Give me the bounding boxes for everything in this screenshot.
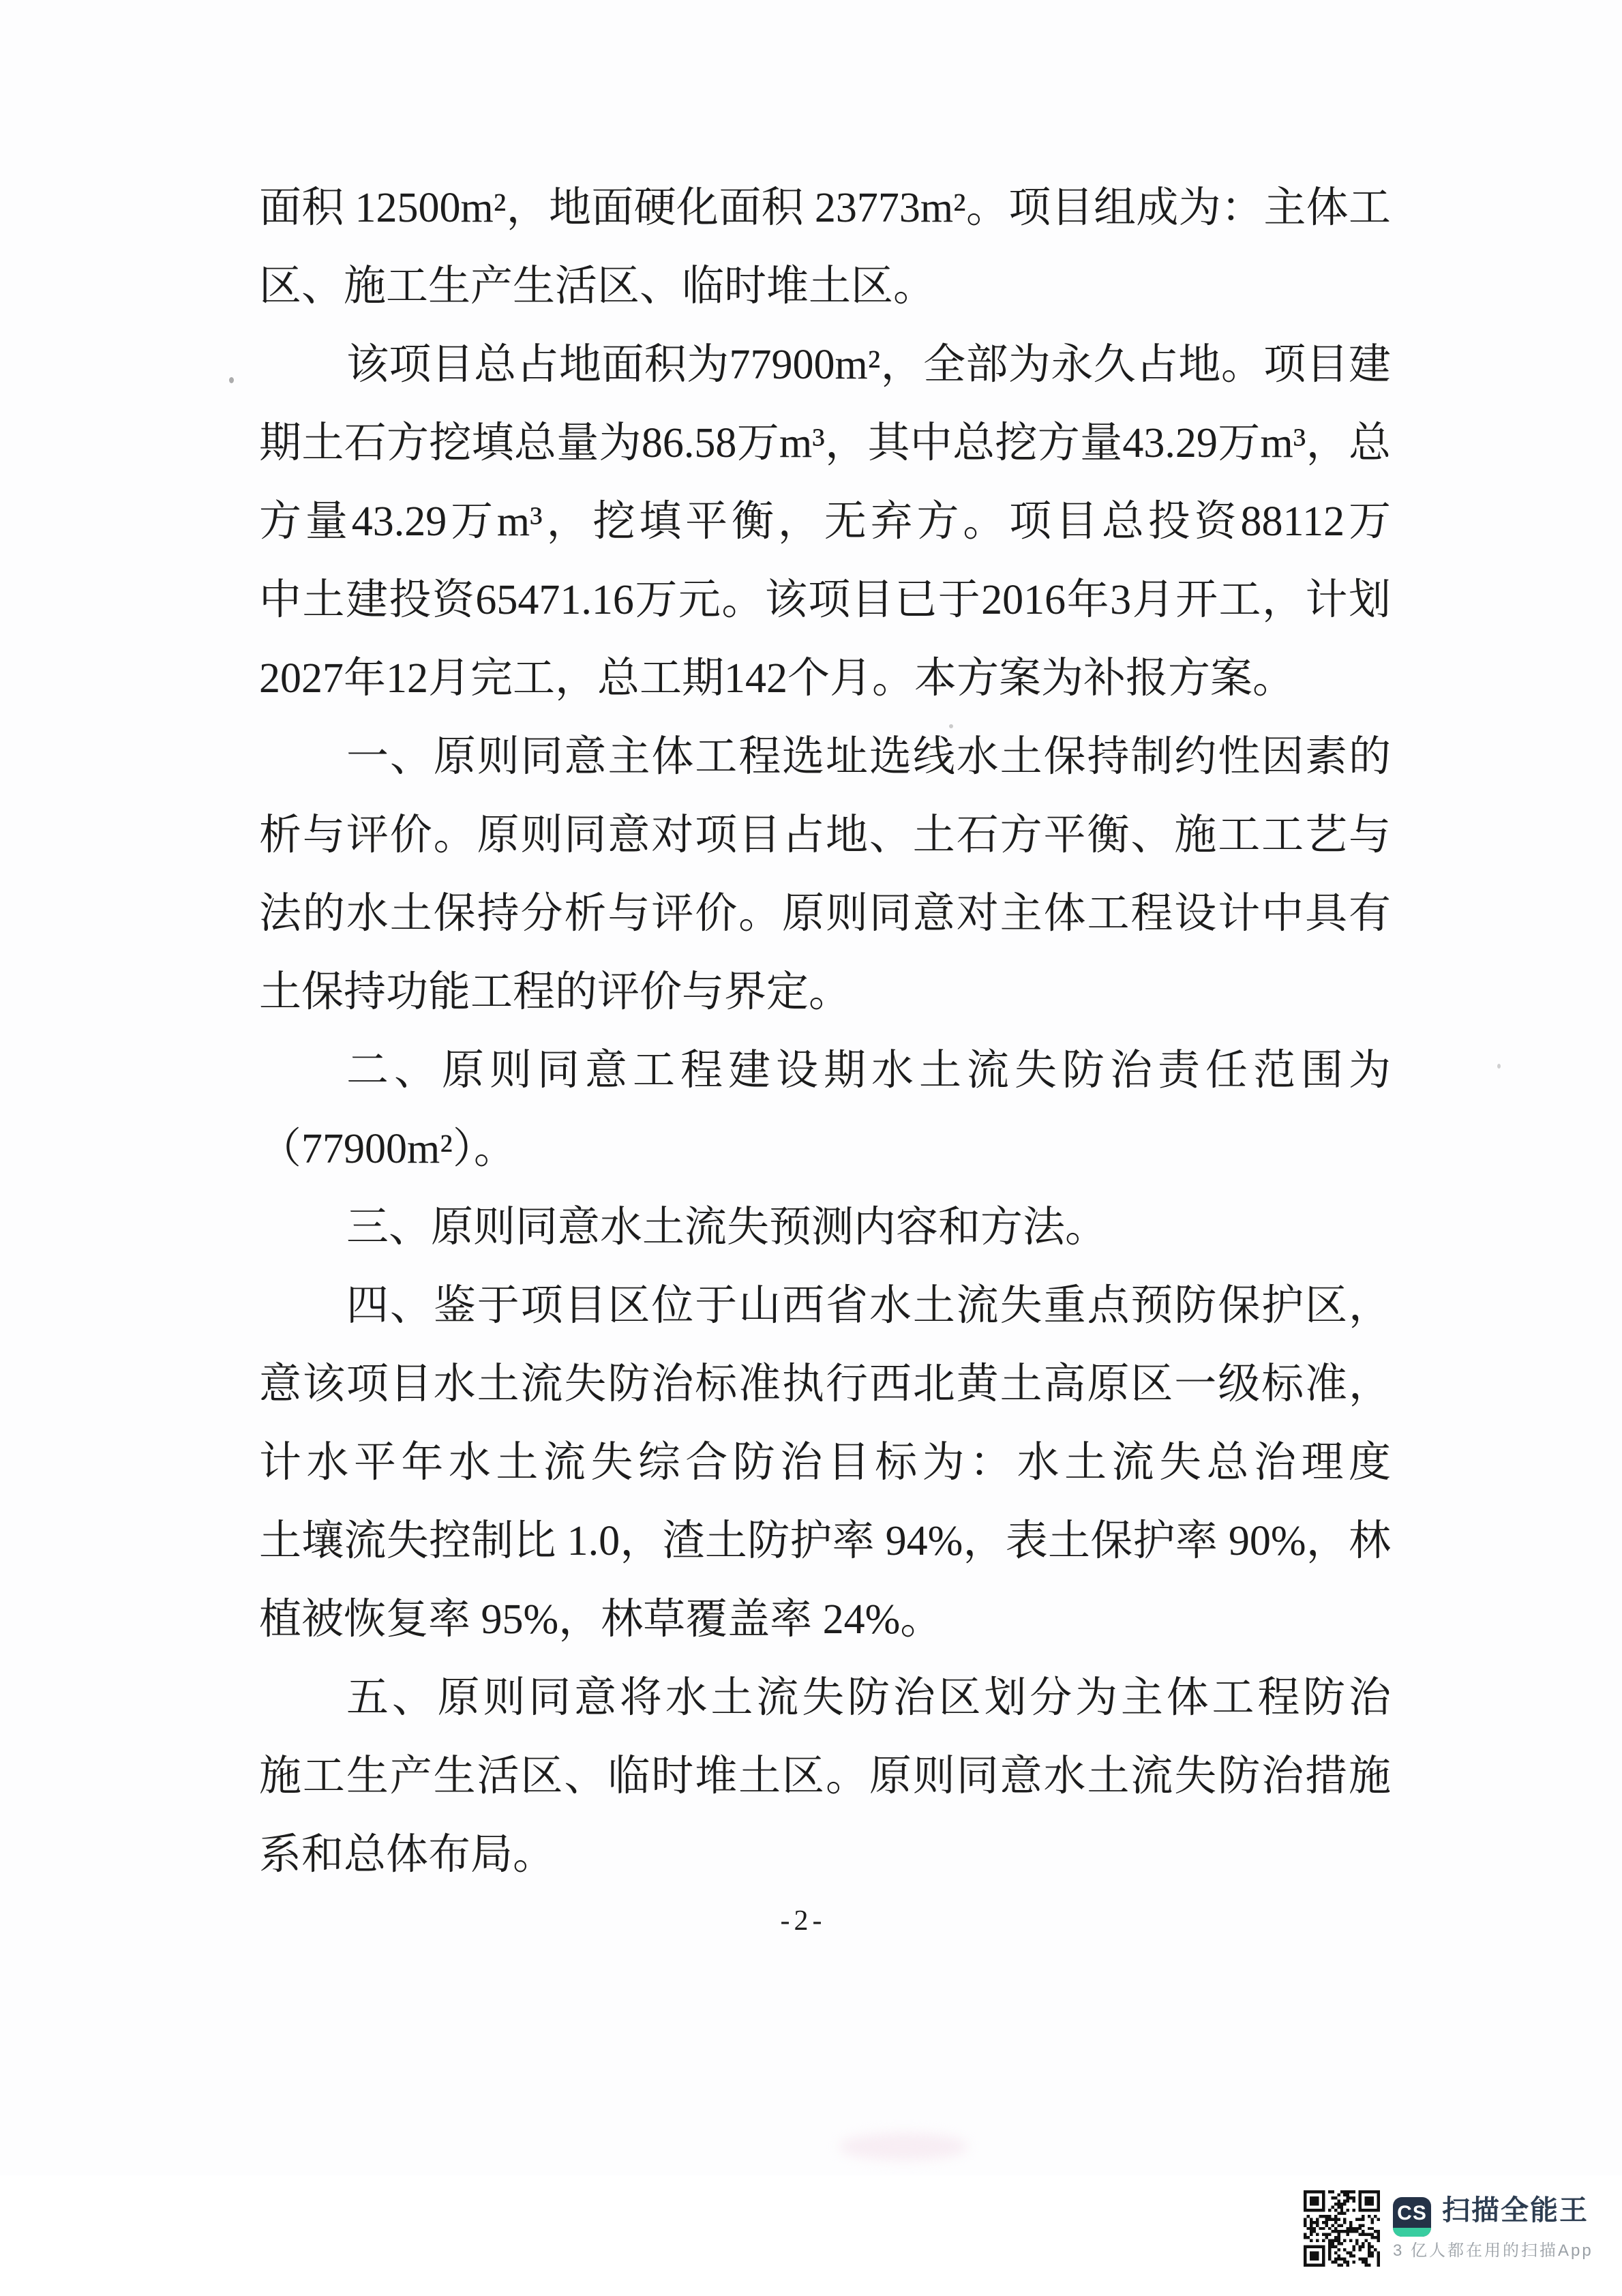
- scanned-page: 面积 12500m²，地面硬化面积 23773m²。项目组成为：主体工程区、施工…: [0, 0, 1622, 2296]
- text-line-1: 面积 12500m²，地面硬化面积 23773m²。项目组成为：主体工程: [259, 169, 1391, 248]
- text-line-20: 五、原则同意将水土流失防治区划分为主体工程防治区、: [259, 1659, 1391, 1738]
- camscanner-logo-accent: [1393, 2228, 1431, 2237]
- text-line-9: 析与评价。原则同意对项目占地、土石方平衡、施工工艺与方: [259, 796, 1391, 875]
- text-line-14: 三、原则同意水土流失预测内容和方法。: [259, 1189, 1391, 1267]
- document-body: 面积 12500m²，地面硬化面积 23773m²。项目组成为：主体工程区、施工…: [259, 169, 1391, 1894]
- page-number: -2-: [599, 1897, 1008, 1945]
- text-line-16: 意该项目水土流失防治标准执行西北黄土高原区一级标准，设: [259, 1345, 1391, 1424]
- text-line-2: 区、施工生产生活区、临时堆土区。: [259, 248, 1391, 326]
- text-line-10: 法的水土保持分析与评价。原则同意对主体工程设计中具有水: [259, 875, 1391, 953]
- text-line-5: 方量43.29万m³，挖填平衡，无弃方。项目总投资88112万元，其: [259, 483, 1391, 561]
- text-line-4: 期土石方挖填总量为86.58万m³，其中总挖方量43.29万m³，总填: [259, 404, 1391, 483]
- scan-smudge: [839, 2133, 968, 2160]
- text-line-17: 计水平年水土流失综合防治目标为：水土流失总治理度 93%，: [259, 1424, 1391, 1502]
- text-line-6: 中土建投资65471.16万元。该项目已于2016年3月开工，计划于: [259, 561, 1391, 640]
- scan-speck: [1497, 1064, 1501, 1069]
- app-name: 扫描全能王: [1442, 2193, 1619, 2227]
- text-line-22: 系和总体布局。: [259, 1816, 1391, 1894]
- scan-speck: [949, 724, 953, 728]
- text-line-13: （77900m²）。: [259, 1110, 1391, 1189]
- text-line-15: 四、鉴于项目区位于山西省水土流失重点预防保护区，同: [259, 1267, 1391, 1345]
- text-line-7: 2027年12月完工，总工期142个月。本方案为补报方案。: [259, 640, 1391, 718]
- camscanner-logo-text: CS: [1393, 2197, 1431, 2228]
- text-line-18: 土壤流失控制比 1.0，渣土防护率 94%，表土保护率 90%，林草: [259, 1502, 1391, 1581]
- app-tagline: 3 亿人都在用的扫描App: [1393, 2241, 1618, 2261]
- scan-speck: [229, 377, 234, 383]
- text-line-12: 二、原则同意工程建设期水土流失防治责任范围为 7.79hm²: [259, 1032, 1391, 1110]
- camscanner-watermark: CS 扫描全能王 3 亿人都在用的扫描App: [0, 2175, 1622, 2296]
- text-line-11: 土保持功能工程的评价与界定。: [259, 953, 1391, 1032]
- camscanner-logo: CS: [1393, 2197, 1431, 2237]
- text-line-19: 植被恢复率 95%，林草覆盖率 24%。: [259, 1581, 1391, 1659]
- qr-code: [1304, 2190, 1380, 2267]
- text-line-21: 施工生产生活区、临时堆土区。原则同意水土流失防治措施体: [259, 1738, 1391, 1816]
- text-line-8: 一、原则同意主体工程选址选线水土保持制约性因素的分: [259, 718, 1391, 796]
- text-line-3: 该项目总占地面积为77900m²，全部为永久占地。项目建设: [259, 326, 1391, 404]
